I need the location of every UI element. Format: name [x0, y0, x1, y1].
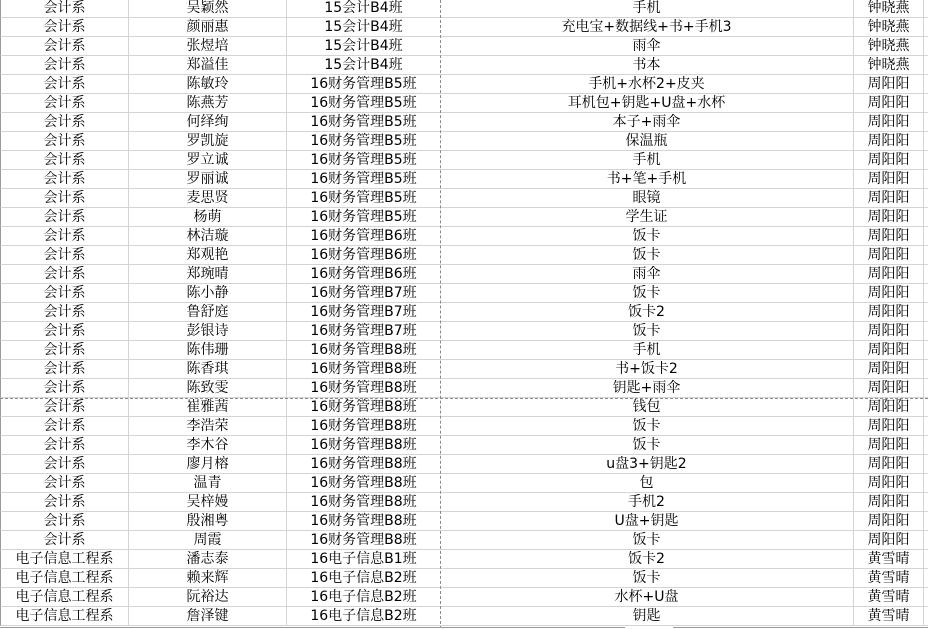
cell-class[interactable]: 16财务管理B8班 — [287, 360, 440, 379]
cell-class[interactable]: 16电子信息B2班 — [287, 607, 440, 626]
cell-staff[interactable]: 周阳阳 — [854, 246, 924, 265]
cell-student-name[interactable]: 温青 — [129, 474, 287, 493]
table-row: 会计系张煜培15会计B4班雨伞钟晓燕 — [0, 37, 928, 56]
table-row: 电子信息工程系赖来辉16电子信息B2班饭卡黄雪晴 — [0, 569, 928, 588]
table-row: 会计系林洁璇16财务管理B6班饭卡周阳阳 — [0, 227, 928, 246]
cell-student-name[interactable]: 罗凯旋 — [129, 132, 287, 151]
cell-staff[interactable]: 周阳阳 — [854, 75, 924, 94]
cell-empty[interactable] — [924, 56, 928, 75]
table-row: 会计系陈伟珊16财务管理B8班手机周阳阳 — [0, 341, 928, 360]
cell-class[interactable]: 16财务管理B8班 — [287, 474, 440, 493]
cell-lost-items[interactable]: U盘+钥匙 — [440, 512, 854, 531]
cell-empty[interactable] — [924, 531, 928, 550]
cell-lost-items[interactable]: 饭卡 — [440, 246, 854, 265]
cell-lost-items[interactable]: 充电宝+数据线+书+手机3 — [440, 18, 854, 37]
cell-student-name[interactable]: 麦思贤 — [129, 189, 287, 208]
cell-student-name[interactable]: 陈致雯 — [129, 379, 287, 398]
cell-staff[interactable]: 周阳阳 — [854, 379, 924, 398]
cell-empty[interactable] — [924, 588, 928, 607]
cell-department[interactable]: 会计系 — [0, 37, 129, 56]
table-row: 会计系陈小静16财务管理B7班饭卡周阳阳 — [0, 284, 928, 303]
table-row: 会计系郑溢佳15会计B4班书本钟晓燕 — [0, 56, 928, 75]
table-row: 会计系陈香琪16财务管理B8班书+饭卡2周阳阳 — [0, 360, 928, 379]
cell-student-name[interactable]: 陈敏玲 — [129, 75, 287, 94]
cell-staff[interactable]: 周阳阳 — [854, 208, 924, 227]
cell-empty[interactable] — [924, 284, 928, 303]
cell-student-name[interactable]: 陈伟珊 — [129, 341, 287, 360]
cell-staff[interactable]: 周阳阳 — [854, 132, 924, 151]
cell-department[interactable]: 会计系 — [0, 512, 129, 531]
cell-student-name[interactable]: 潘志泰 — [129, 550, 287, 569]
cell-student-name[interactable]: 罗立诚 — [129, 151, 287, 170]
cell-department[interactable]: 会计系 — [0, 493, 129, 512]
cell-staff[interactable]: 周阳阳 — [854, 303, 924, 322]
cell-empty[interactable] — [924, 265, 928, 284]
cell-class[interactable]: 16财务管理B5班 — [287, 75, 440, 94]
cell-lost-items[interactable]: 钱包 — [440, 398, 854, 417]
cell-lost-items[interactable]: 书本 — [440, 56, 854, 75]
cell-department[interactable]: 会计系 — [0, 360, 129, 379]
cell-empty[interactable] — [924, 398, 928, 417]
cell-class[interactable]: 16财务管理B8班 — [287, 341, 440, 360]
cell-lost-items[interactable]: 水杯+U盘 — [440, 588, 854, 607]
cell-empty[interactable] — [924, 379, 928, 398]
cell-empty[interactable] — [924, 94, 928, 113]
cell-class[interactable]: 15会计B4班 — [287, 56, 440, 75]
cell-student-name[interactable]: 崔雅茜 — [129, 398, 287, 417]
cell-lost-items[interactable]: 书+饭卡2 — [440, 360, 854, 379]
cell-empty[interactable] — [924, 189, 928, 208]
cell-staff[interactable]: 周阳阳 — [854, 398, 924, 417]
cell-student-name[interactable]: 吴颖然 — [129, 0, 287, 18]
cell-department[interactable]: 会计系 — [0, 56, 129, 75]
cell-staff[interactable]: 周阳阳 — [854, 512, 924, 531]
cell-student-name[interactable]: 李浩荣 — [129, 417, 287, 436]
cell-department[interactable]: 会计系 — [0, 417, 129, 436]
cell-lost-items[interactable]: 饭卡2 — [440, 550, 854, 569]
table-row: 会计系陈致雯16财务管理B8班钥匙+雨伞周阳阳 — [0, 379, 928, 398]
cell-lost-items[interactable]: u盘3+钥匙2 — [440, 455, 854, 474]
cell-lost-items[interactable]: 手机+水杯2+皮夹 — [440, 75, 854, 94]
cell-department[interactable]: 会计系 — [0, 227, 129, 246]
cell-lost-items[interactable]: 饭卡 — [440, 322, 854, 341]
cell-empty[interactable] — [924, 113, 928, 132]
cell-department[interactable]: 电子信息工程系 — [0, 607, 129, 626]
table-row: 会计系吴颖然15会计B4班手机钟晓燕 — [0, 0, 928, 18]
cell-student-name[interactable]: 詹泽键 — [129, 607, 287, 626]
cell-class[interactable]: 16财务管理B8班 — [287, 531, 440, 550]
cell-department[interactable]: 会计系 — [0, 474, 129, 493]
cell-class[interactable]: 16财务管理B5班 — [287, 151, 440, 170]
table-row: 电子信息工程系阮裕达16电子信息B2班水杯+U盘黄雪晴 — [0, 588, 928, 607]
cell-staff[interactable]: 周阳阳 — [854, 531, 924, 550]
cell-department[interactable]: 电子信息工程系 — [0, 569, 129, 588]
cell-class[interactable]: 16财务管理B5班 — [287, 113, 440, 132]
table-row: 会计系郑琬晴16财务管理B6班雨伞周阳阳 — [0, 265, 928, 284]
table-row: 会计系吴梓嫚16财务管理B8班手机2周阳阳 — [0, 493, 928, 512]
cell-department[interactable]: 会计系 — [0, 398, 129, 417]
table-row: 电子信息工程系潘志泰16电子信息B1班饭卡2黄雪晴 — [0, 550, 928, 569]
cell-empty[interactable] — [924, 550, 928, 569]
cell-department[interactable]: 会计系 — [0, 132, 129, 151]
cell-empty[interactable] — [924, 607, 928, 626]
cell-staff[interactable]: 周阳阳 — [854, 113, 924, 132]
cell-lost-items[interactable]: 包 — [440, 474, 854, 493]
cell-student-name[interactable]: 彭银诗 — [129, 322, 287, 341]
cell-lost-items[interactable]: 钥匙 — [440, 607, 854, 626]
cell-department[interactable]: 会计系 — [0, 189, 129, 208]
cell-empty[interactable] — [924, 417, 928, 436]
cell-department[interactable]: 会计系 — [0, 284, 129, 303]
cell-student-name[interactable]: 廖月榕 — [129, 455, 287, 474]
cell-department[interactable]: 电子信息工程系 — [0, 550, 129, 569]
table-row: 会计系李木谷16财务管理B8班饭卡周阳阳 — [0, 436, 928, 455]
cell-class[interactable]: 16财务管理B8班 — [287, 455, 440, 474]
cell-department[interactable]: 会计系 — [0, 341, 129, 360]
table-row: 会计系廖月榕16财务管理B8班u盘3+钥匙2周阳阳 — [0, 455, 928, 474]
cell-student-name[interactable]: 阮裕达 — [129, 588, 287, 607]
cell-class[interactable]: 16财务管理B7班 — [287, 322, 440, 341]
cell-empty[interactable] — [924, 303, 928, 322]
cell-class[interactable]: 16电子信息B2班 — [287, 569, 440, 588]
cell-department[interactable]: 会计系 — [0, 455, 129, 474]
cell-lost-items[interactable]: 手机 — [440, 341, 854, 360]
table-row: 会计系殷湘粤16财务管理B8班U盘+钥匙周阳阳 — [0, 512, 928, 531]
cell-lost-items[interactable]: 饭卡 — [440, 531, 854, 550]
table-row: 电子信息工程系詹泽键16电子信息B2班钥匙黄雪晴 — [0, 607, 928, 626]
cell-class[interactable]: 16财务管理B8班 — [287, 493, 440, 512]
table-row: 会计系周霞16财务管理B8班饭卡周阳阳 — [0, 531, 928, 550]
cell-class[interactable]: 16财务管理B6班 — [287, 246, 440, 265]
cell-staff[interactable]: 周阳阳 — [854, 265, 924, 284]
cell-staff[interactable]: 周阳阳 — [854, 284, 924, 303]
cell-student-name[interactable]: 赖来辉 — [129, 569, 287, 588]
cell-staff[interactable]: 周阳阳 — [854, 151, 924, 170]
cell-class[interactable]: 16财务管理B8班 — [287, 379, 440, 398]
cell-student-name[interactable]: 林洁璇 — [129, 227, 287, 246]
cell-empty[interactable] — [924, 151, 928, 170]
cell-empty[interactable] — [924, 0, 928, 18]
cell-empty[interactable] — [924, 18, 928, 37]
cell-class[interactable]: 15会计B4班 — [287, 0, 440, 18]
table-row: 会计系罗立诚16财务管理B5班手机周阳阳 — [0, 151, 928, 170]
cell-department[interactable]: 会计系 — [0, 75, 129, 94]
cell-class[interactable]: 16电子信息B1班 — [287, 550, 440, 569]
cell-class[interactable]: 16财务管理B5班 — [287, 189, 440, 208]
cell-empty[interactable] — [924, 474, 928, 493]
cell-lost-items[interactable]: 饭卡 — [440, 569, 854, 588]
cell-empty[interactable] — [924, 75, 928, 94]
cell-class[interactable]: 16财务管理B5班 — [287, 94, 440, 113]
cell-class[interactable]: 16电子信息B2班 — [287, 588, 440, 607]
cell-student-name[interactable]: 郑观艳 — [129, 246, 287, 265]
table-row: 会计系李浩荣16财务管理B8班饭卡周阳阳 — [0, 417, 928, 436]
cell-empty[interactable] — [924, 360, 928, 379]
cell-empty[interactable] — [924, 569, 928, 588]
cell-staff[interactable]: 钟晓燕 — [854, 0, 924, 18]
cell-class[interactable]: 16财务管理B6班 — [287, 265, 440, 284]
cell-lost-items[interactable]: 饭卡 — [440, 227, 854, 246]
table-row: 会计系颜丽惠15会计B4班充电宝+数据线+书+手机3钟晓燕 — [0, 18, 928, 37]
cell-empty[interactable] — [924, 37, 928, 56]
cell-staff[interactable]: 黄雪晴 — [854, 550, 924, 569]
cell-empty[interactable] — [924, 455, 928, 474]
cell-class[interactable]: 16财务管理B5班 — [287, 170, 440, 189]
cell-staff[interactable]: 周阳阳 — [854, 94, 924, 113]
cell-lost-items[interactable]: 眼镜 — [440, 189, 854, 208]
cell-student-name[interactable]: 陈香琪 — [129, 360, 287, 379]
cell-staff[interactable]: 周阳阳 — [854, 322, 924, 341]
cell-student-name[interactable]: 陈小静 — [129, 284, 287, 303]
page-break-horizontal — [0, 398, 928, 399]
table-row: 会计系罗凯旋16财务管理B5班保温瓶周阳阳 — [0, 132, 928, 151]
table-row: 会计系温青16财务管理B8班包周阳阳 — [0, 474, 928, 493]
cell-empty[interactable] — [924, 436, 928, 455]
cell-staff[interactable]: 周阳阳 — [854, 227, 924, 246]
cell-lost-items[interactable]: 手机 — [440, 151, 854, 170]
cell-class[interactable]: 16财务管理B5班 — [287, 132, 440, 151]
cell-student-name[interactable]: 杨萌 — [129, 208, 287, 227]
cell-staff[interactable]: 周阳阳 — [854, 170, 924, 189]
cell-lost-items[interactable]: 饭卡 — [440, 284, 854, 303]
cell-lost-items[interactable]: 饭卡 — [440, 436, 854, 455]
cell-student-name[interactable]: 何绎绚 — [129, 113, 287, 132]
cell-staff[interactable]: 周阳阳 — [854, 455, 924, 474]
cell-empty[interactable] — [924, 132, 928, 151]
cell-student-name[interactable]: 李木谷 — [129, 436, 287, 455]
cell-staff[interactable]: 钟晓燕 — [854, 56, 924, 75]
cell-student-name[interactable]: 吴梓嫚 — [129, 493, 287, 512]
cell-lost-items[interactable]: 饭卡2 — [440, 303, 854, 322]
cell-student-name[interactable]: 陈燕芳 — [129, 94, 287, 113]
table-row: 会计系罗丽诚16财务管理B5班书+笔+手机周阳阳 — [0, 170, 928, 189]
cell-student-name[interactable]: 郑溢佳 — [129, 56, 287, 75]
cell-department[interactable]: 会计系 — [0, 0, 129, 18]
cell-class[interactable]: 16财务管理B7班 — [287, 303, 440, 322]
table-row: 会计系郑观艳16财务管理B6班饭卡周阳阳 — [0, 246, 928, 265]
cell-student-name[interactable]: 周霞 — [129, 531, 287, 550]
cell-empty[interactable] — [924, 170, 928, 189]
cell-empty[interactable] — [924, 246, 928, 265]
cell-student-name[interactable]: 殷湘粤 — [129, 512, 287, 531]
cell-student-name[interactable]: 罗丽诚 — [129, 170, 287, 189]
cell-department[interactable]: 会计系 — [0, 246, 129, 265]
cell-lost-items[interactable]: 书+笔+手机 — [440, 170, 854, 189]
page-break-vertical — [440, 0, 441, 629]
cell-empty[interactable] — [924, 493, 928, 512]
cell-empty[interactable] — [924, 512, 928, 531]
cell-lost-items[interactable]: 饭卡 — [440, 417, 854, 436]
cell-staff[interactable]: 黄雪晴 — [854, 607, 924, 626]
cell-lost-items[interactable]: 耳机包+钥匙+U盘+水杯 — [440, 94, 854, 113]
cell-department[interactable]: 会计系 — [0, 436, 129, 455]
cell-student-name[interactable]: 郑琬晴 — [129, 265, 287, 284]
cell-staff[interactable]: 钟晓燕 — [854, 37, 924, 56]
cell-student-name[interactable]: 鲁舒庭 — [129, 303, 287, 322]
cell-department[interactable]: 会计系 — [0, 265, 129, 284]
cell-empty[interactable] — [924, 227, 928, 246]
cell-class[interactable]: 15会计B4班 — [287, 18, 440, 37]
cell-class[interactable]: 16财务管理B8班 — [287, 417, 440, 436]
cell-lost-items[interactable]: 雨伞 — [440, 37, 854, 56]
table-row: 会计系陈燕芳16财务管理B5班耳机包+钥匙+U盘+水杯周阳阳 — [0, 94, 928, 113]
cell-department[interactable]: 会计系 — [0, 113, 129, 132]
table-row: 会计系崔雅茜16财务管理B8班钱包周阳阳 — [0, 398, 928, 417]
cell-department[interactable]: 会计系 — [0, 151, 129, 170]
cell-lost-items[interactable]: 保温瓶 — [440, 132, 854, 151]
cell-department[interactable]: 会计系 — [0, 208, 129, 227]
cell-staff[interactable]: 周阳阳 — [854, 189, 924, 208]
cell-department[interactable]: 会计系 — [0, 303, 129, 322]
cell-department[interactable]: 会计系 — [0, 531, 129, 550]
cell-class[interactable]: 16财务管理B6班 — [287, 227, 440, 246]
cell-class[interactable]: 16财务管理B5班 — [287, 208, 440, 227]
cell-student-name[interactable]: 张煜培 — [129, 37, 287, 56]
cell-staff[interactable]: 周阳阳 — [854, 417, 924, 436]
cell-department[interactable]: 会计系 — [0, 322, 129, 341]
cell-staff[interactable]: 黄雪晴 — [854, 588, 924, 607]
cell-staff[interactable]: 钟晓燕 — [854, 18, 924, 37]
cell-lost-items[interactable]: 学生证 — [440, 208, 854, 227]
table-row: 会计系何绎绚16财务管理B5班本子+雨伞周阳阳 — [0, 113, 928, 132]
cell-empty[interactable] — [924, 341, 928, 360]
cell-department[interactable]: 会计系 — [0, 94, 129, 113]
cell-lost-items[interactable]: 钥匙+雨伞 — [440, 379, 854, 398]
cell-department[interactable]: 会计系 — [0, 170, 129, 189]
cell-class[interactable]: 16财务管理B8班 — [287, 436, 440, 455]
cell-empty[interactable] — [924, 208, 928, 227]
cell-class[interactable]: 16财务管理B8班 — [287, 398, 440, 417]
cell-class[interactable]: 15会计B4班 — [287, 37, 440, 56]
cell-staff[interactable]: 周阳阳 — [854, 436, 924, 455]
table-row: 会计系麦思贤16财务管理B5班眼镜周阳阳 — [0, 189, 928, 208]
cell-lost-items[interactable]: 本子+雨伞 — [440, 113, 854, 132]
table-row: 会计系彭银诗16财务管理B7班饭卡周阳阳 — [0, 322, 928, 341]
cell-class[interactable]: 16财务管理B8班 — [287, 512, 440, 531]
cell-staff[interactable]: 周阳阳 — [854, 360, 924, 379]
table-row: 会计系杨萌16财务管理B5班学生证周阳阳 — [0, 208, 928, 227]
cell-empty[interactable] — [924, 322, 928, 341]
cell-staff[interactable]: 周阳阳 — [854, 341, 924, 360]
cell-staff[interactable]: 周阳阳 — [854, 474, 924, 493]
cell-lost-items[interactable]: 手机2 — [440, 493, 854, 512]
cell-staff[interactable]: 黄雪晴 — [854, 569, 924, 588]
table-row: 会计系鲁舒庭16财务管理B7班饭卡2周阳阳 — [0, 303, 928, 322]
cell-staff[interactable]: 周阳阳 — [854, 493, 924, 512]
cell-lost-items[interactable]: 手机 — [440, 0, 854, 18]
table-row: 会计系陈敏玲16财务管理B5班手机+水杯2+皮夹周阳阳 — [0, 75, 928, 94]
cell-department[interactable]: 电子信息工程系 — [0, 588, 129, 607]
cell-department[interactable]: 会计系 — [0, 379, 129, 398]
cell-lost-items[interactable]: 雨伞 — [440, 265, 854, 284]
cell-class[interactable]: 16财务管理B7班 — [287, 284, 440, 303]
cell-department[interactable]: 会计系 — [0, 18, 129, 37]
cell-student-name[interactable]: 颜丽惠 — [129, 18, 287, 37]
